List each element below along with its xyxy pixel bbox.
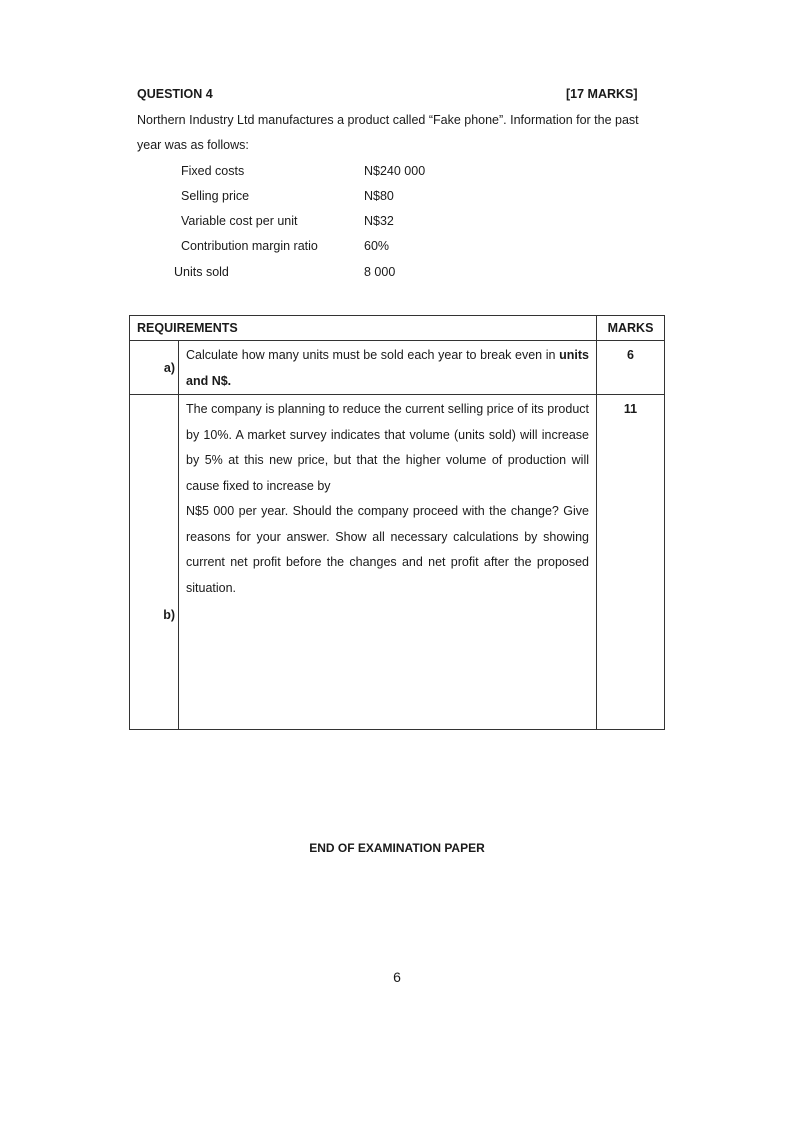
marks-header: MARKS bbox=[597, 316, 665, 341]
requirement-line-text: Calculate how many units must be sold ea… bbox=[186, 348, 559, 362]
requirement-line: cause fixed to increase by bbox=[186, 474, 589, 500]
requirement-bold-word: units bbox=[559, 348, 589, 362]
requirement-text: The company is planning to reduce the cu… bbox=[179, 395, 597, 730]
requirements-table: REQUIREMENTS MARKS a) Calculate how many… bbox=[129, 315, 665, 730]
page-number: 6 bbox=[0, 969, 794, 985]
requirement-letter: a) bbox=[130, 341, 179, 395]
requirement-line: current net profit before the changes an… bbox=[186, 550, 589, 576]
question-intro-line-2: year was as follows: bbox=[137, 138, 249, 152]
question-intro-line-1: Northern Industry Ltd manufactures a pro… bbox=[137, 113, 639, 127]
info-value: 60% bbox=[364, 239, 389, 253]
requirement-marks: 6 bbox=[597, 341, 665, 395]
info-value: N$32 bbox=[364, 214, 394, 228]
info-row-selling-price: Selling price N$80 bbox=[0, 189, 794, 209]
table-row: b) The company is planning to reduce the… bbox=[130, 395, 665, 730]
requirements-header: REQUIREMENTS bbox=[130, 316, 597, 341]
info-label: Contribution margin ratio bbox=[181, 239, 318, 253]
info-label: Selling price bbox=[181, 189, 249, 203]
question-marks: [17 MARKS] bbox=[566, 87, 638, 101]
info-value: N$80 bbox=[364, 189, 394, 203]
requirement-text: Calculate how many units must be sold ea… bbox=[179, 341, 597, 395]
requirement-marks: 11 bbox=[597, 395, 665, 730]
requirement-line: by 10%. A market survey indicates that v… bbox=[186, 423, 589, 449]
info-value: N$240 000 bbox=[364, 164, 425, 178]
info-label: Units sold bbox=[174, 265, 229, 279]
end-of-paper-label: END OF EXAMINATION PAPER bbox=[0, 841, 794, 855]
info-value: 8 000 bbox=[364, 265, 395, 279]
requirement-line: N$5 000 per year. Should the company pro… bbox=[186, 499, 589, 525]
info-row-fixed-costs: Fixed costs N$240 000 bbox=[0, 164, 794, 184]
info-label: Fixed costs bbox=[181, 164, 244, 178]
table-row: a) Calculate how many units must be sold… bbox=[130, 341, 665, 395]
requirement-line: situation. bbox=[186, 576, 589, 602]
info-row-units-sold: Units sold 8 000 bbox=[0, 265, 794, 285]
requirement-line: The company is planning to reduce the cu… bbox=[186, 397, 589, 423]
requirement-line: by 5% at this new price, but that the hi… bbox=[186, 448, 589, 474]
requirement-letter: b) bbox=[130, 395, 179, 730]
info-label: Variable cost per unit bbox=[181, 214, 298, 228]
info-row-variable-cost: Variable cost per unit N$32 bbox=[0, 214, 794, 234]
requirement-line: and N$. bbox=[186, 369, 589, 395]
question-title: QUESTION 4 bbox=[137, 87, 213, 101]
requirement-line: Calculate how many units must be sold ea… bbox=[186, 343, 589, 369]
info-row-contribution-margin: Contribution margin ratio 60% bbox=[0, 239, 794, 259]
requirement-line: reasons for your answer. Show all necess… bbox=[186, 525, 589, 551]
table-header-row: REQUIREMENTS MARKS bbox=[130, 316, 665, 341]
